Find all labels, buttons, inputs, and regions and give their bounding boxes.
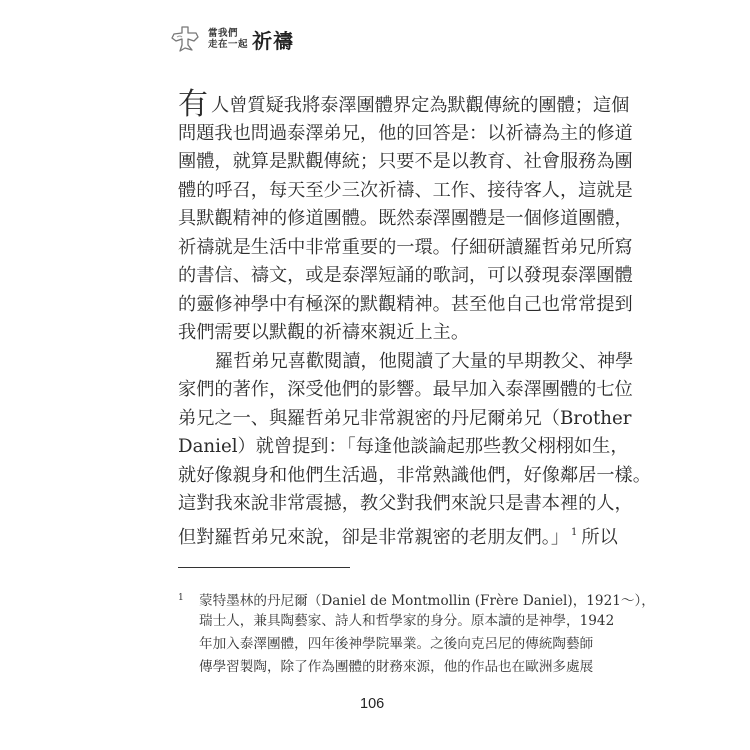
footnote: 1蒙特墨林的丹尼爾（Daniel de Montmollin (Frère Da… xyxy=(178,587,578,679)
text-line-content: 但對羅哲弟兄來說，卻是非常親密的老朋友們。」 xyxy=(178,527,569,548)
text-line: 我們需要以默觀的祈禱來親近上主。 xyxy=(178,319,578,348)
subtitle-line-2: 走在一起 xyxy=(208,39,248,50)
text-line: 弟兄之一、與羅哲弟兄非常親密的丹尼爾弟兄（Brother xyxy=(178,405,578,434)
text-line: Daniel）就曾提到：「每逢他談論起那些教父栩栩如生， xyxy=(178,433,578,462)
footnote-divider xyxy=(178,567,350,568)
footnote-line: 傳學習製陶，除了作為團體的財務來源，他的作品也在歐洲多處展 xyxy=(178,656,578,679)
cross-dove-logo-icon xyxy=(168,25,202,53)
footnote-line: 年加入泰澤團體，四年後神學院畢業。之後向克呂尼的傳統陶藝師 xyxy=(178,633,578,656)
text-line: 這對我來說非常震撼，教父對我們來說只是書本裡的人， xyxy=(178,490,578,519)
footnote-line: 1蒙特墨林的丹尼爾（Daniel de Montmollin (Frère Da… xyxy=(178,587,578,610)
subtitle-line-1: 當我們 xyxy=(208,28,248,39)
text-line: 家們的著作，深受他們的影響。最早加入泰澤團體的七位 xyxy=(178,376,578,405)
text-line: 就好像親身和他們生活過，非常熟識他們，好像鄰居一樣。 xyxy=(178,462,578,491)
footnote-reference[interactable]: 1 xyxy=(571,527,577,538)
text-line: 問題我也問過泰澤弟兄，他的回答是：以祈禱為主的修道 xyxy=(178,120,578,149)
text-line: 的靈修神學中有極深的默觀精神。甚至他自己也常常提到 xyxy=(178,291,578,320)
text-line-content: 人曾質疑我將泰澤團體界定為默觀傳統的團體；這個 xyxy=(211,95,629,116)
book-subtitle: 當我們 走在一起 xyxy=(208,28,248,50)
running-header: 當我們 走在一起 祈禱 xyxy=(168,22,294,56)
footnote-mark: 1 xyxy=(178,587,199,610)
drop-cap: 有 xyxy=(178,87,208,122)
text-line-content: 所以 xyxy=(581,527,617,548)
text-line: 體的呼召，每天至少三次祈禱、工作、接待客人，這就是 xyxy=(178,177,578,206)
text-line: 有人曾質疑我將泰澤團體界定為默觀傳統的團體；這個 xyxy=(178,91,578,120)
paragraph-1: 有人曾質疑我將泰澤團體界定為默觀傳統的團體；這個 問題我也問過泰澤弟兄，他的回答… xyxy=(178,91,578,348)
text-line: 團體，就算是默觀傳統；只要不是以教育、社會服務為團 xyxy=(178,148,578,177)
footnote-line-content: 蒙特墨林的丹尼爾（Daniel de Montmollin (Frère Dan… xyxy=(199,593,655,609)
text-line: 的書信、禱文，或是泰澤短誦的歌詞，可以發現泰澤團體 xyxy=(178,262,578,291)
paragraph-2: 羅哲弟兄喜歡閱讀，他閱讀了大量的早期教父、神學 家們的著作，深受他們的影響。最早… xyxy=(178,348,578,548)
text-line: 但對羅哲弟兄來說，卻是非常親密的老朋友們。」1所以 xyxy=(178,519,578,548)
footnote-line: 瑞士人，兼具陶藝家、詩人和哲學家的身分。原本讀的是神學，1942 xyxy=(178,610,578,633)
text-line: 祈禱就是生活中非常重要的一環。仔細研讀羅哲弟兄所寫 xyxy=(178,234,578,263)
text-line: 羅哲弟兄喜歡閱讀，他閱讀了大量的早期教父、神學 xyxy=(178,348,578,377)
page-number: 106 xyxy=(360,696,384,712)
book-title: 祈禱 xyxy=(252,25,294,54)
body-text: 有人曾質疑我將泰澤團體界定為默觀傳統的團體；這個 問題我也問過泰澤弟兄，他的回答… xyxy=(178,91,578,547)
text-line: 具默觀精神的修道團體。既然泰澤團體是一個修道團體， xyxy=(178,205,578,234)
